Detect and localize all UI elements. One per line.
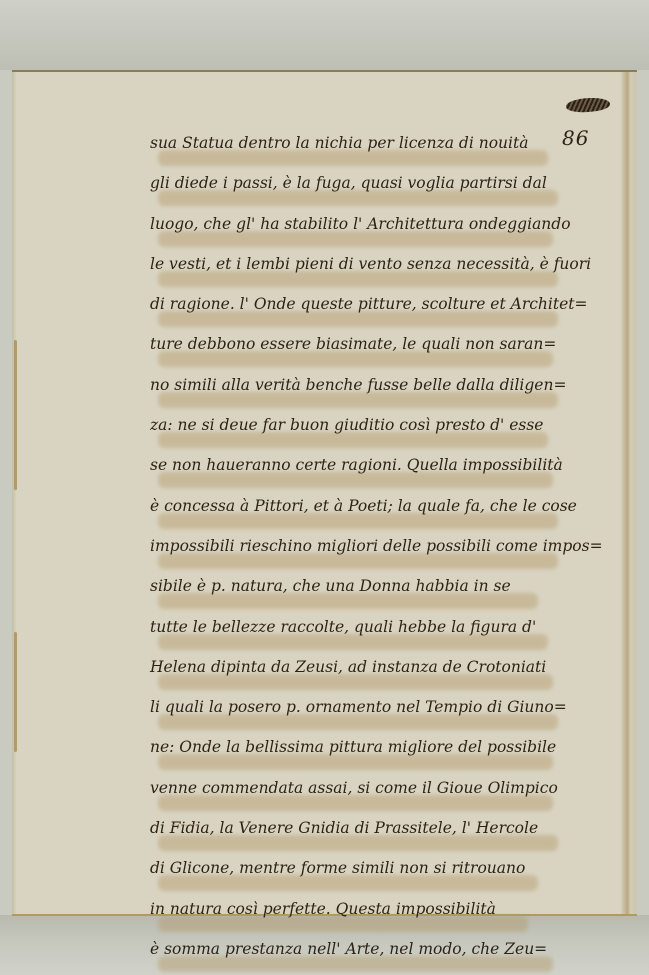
text-line: gli diede i passi, è la fuga, quasi vogl… [150, 166, 570, 206]
binding-stain [14, 632, 17, 752]
text-line: tutte le bellezze raccolte, quali hebbe … [150, 610, 570, 650]
faint-offset-mark: ~~~ [170, 818, 200, 832]
page-right-edge [621, 72, 637, 914]
text-line: za: ne si deue far buon giuditio così pr… [150, 408, 570, 448]
text-line: no simili alla verità benche fusse belle… [150, 368, 570, 408]
text-line: luogo, che gl' ha stabilito l' Architett… [150, 207, 570, 247]
page-left-edge [12, 72, 16, 914]
text-line: Helena dipinta da Zeusi, ad instanza de … [150, 650, 570, 690]
text-line: di ragione. l' Onde queste pitture, scol… [150, 287, 570, 327]
handwritten-text-block: sua Statua dentro la nichia per licenza … [150, 126, 570, 972]
text-line: ne: Onde la bellissima pittura migliore … [150, 730, 570, 770]
text-line: è somma prestanza nell' Arte, nel modo, … [150, 932, 570, 972]
text-line: le vesti, et i lembi pieni di vento senz… [150, 247, 570, 287]
scan-background-top [0, 0, 649, 70]
text-line: li quali la posero p. ornamento nel Temp… [150, 690, 570, 730]
text-line: sua Statua dentro la nichia per licenza … [150, 126, 570, 166]
text-line: impossibili rieschino migliori delle pos… [150, 529, 570, 569]
text-line: di Fidia, la Venere Gnidia di Prassitele… [150, 811, 570, 851]
text-line: ture debbono essere biasimate, le quali … [150, 327, 570, 367]
text-line: venne commendata assai, si come il Gioue… [150, 771, 570, 811]
text-line: in natura così perfette. Questa impossib… [150, 892, 570, 932]
text-line: è concessa à Pittori, et à Poeti; la qua… [150, 489, 570, 529]
text-line: di Glicone, mentre forme simili non si r… [150, 851, 570, 891]
text-line: se non haueranno certe ragioni. Quella i… [150, 448, 570, 488]
text-line: sibile è p. natura, che una Donna habbia… [150, 569, 570, 609]
binding-stain [14, 340, 17, 490]
